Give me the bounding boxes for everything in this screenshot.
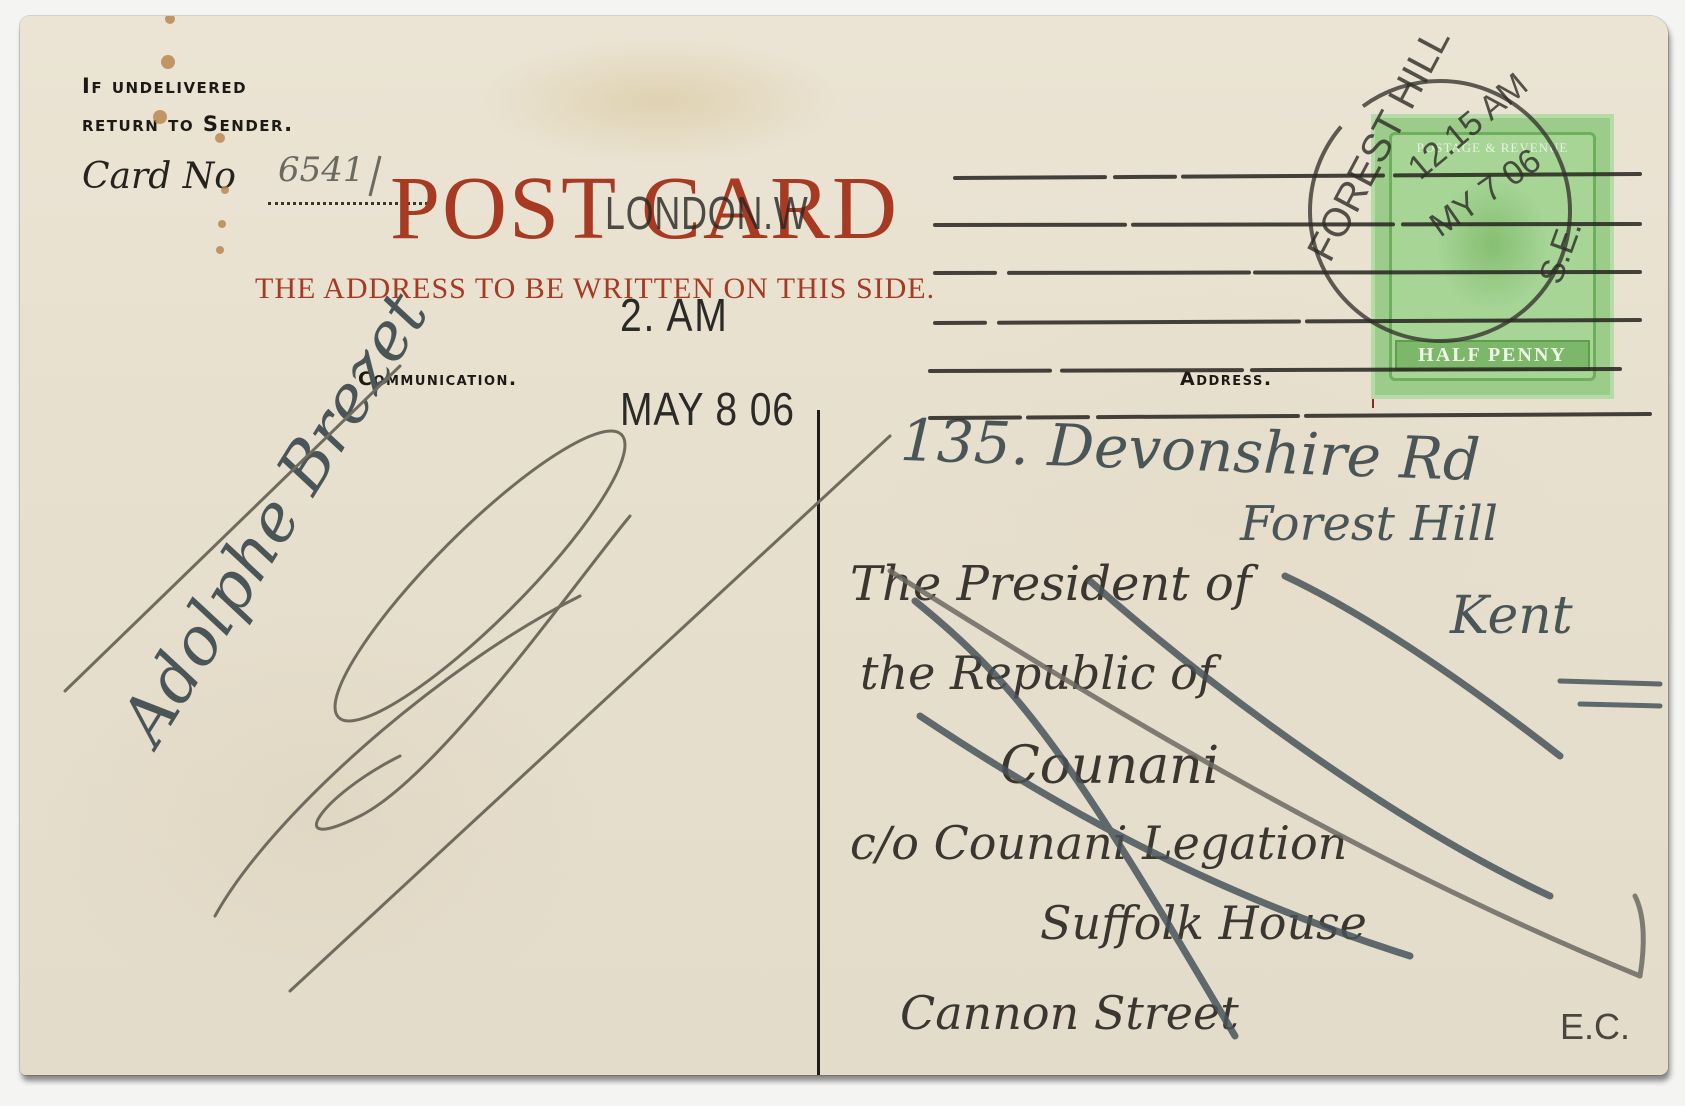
address-line6: Cannon Street xyxy=(900,986,1239,1040)
half-penny-stamp: POSTAGE & REVENUE HALF PENNY xyxy=(1375,118,1610,395)
return-notice-line1: If undelivered xyxy=(82,74,247,98)
address-line7: E.C. xyxy=(1560,1006,1630,1048)
card-number-slash xyxy=(370,156,380,196)
stamp-value-text: HALF PENNY xyxy=(1395,340,1590,371)
stamp-top-text: POSTAGE & REVENUE xyxy=(1395,140,1590,156)
center-divider xyxy=(817,410,820,1075)
signature: Adolphe Brezet xyxy=(105,279,443,757)
address-instruction: THE ADDRESS TO BE WRITTEN ON THIS SIDE. xyxy=(255,272,935,306)
address-crossed-line1: 135. Devonshire Rd xyxy=(899,406,1481,494)
card-number-label: Card No xyxy=(82,156,236,197)
return-notice-line2: return to Sender. xyxy=(82,112,294,136)
machine-postmark-time: 2. AM xyxy=(620,288,728,342)
machine-postmark-office: LONDON.W xyxy=(605,186,809,240)
stamp-guide-line xyxy=(1372,118,1374,408)
address-line3: Counani xyxy=(1000,736,1219,796)
address-line4: c/o Counani Legation xyxy=(850,816,1347,870)
postcard: If undelivered return to Sender. Card No… xyxy=(20,16,1668,1075)
address-line2: the Republic of xyxy=(860,646,1215,700)
address-label: Address. xyxy=(1180,368,1273,390)
machine-postmark-date: MAY 8 06 xyxy=(620,382,795,436)
address-line5: Suffolk House xyxy=(1040,896,1367,950)
address-line1: The President of xyxy=(850,556,1251,612)
card-number-value: 6541 xyxy=(278,150,365,190)
address-crossed-line2: Forest Hill xyxy=(1240,496,1498,552)
address-crossed-line3: Kent xyxy=(1450,586,1573,646)
